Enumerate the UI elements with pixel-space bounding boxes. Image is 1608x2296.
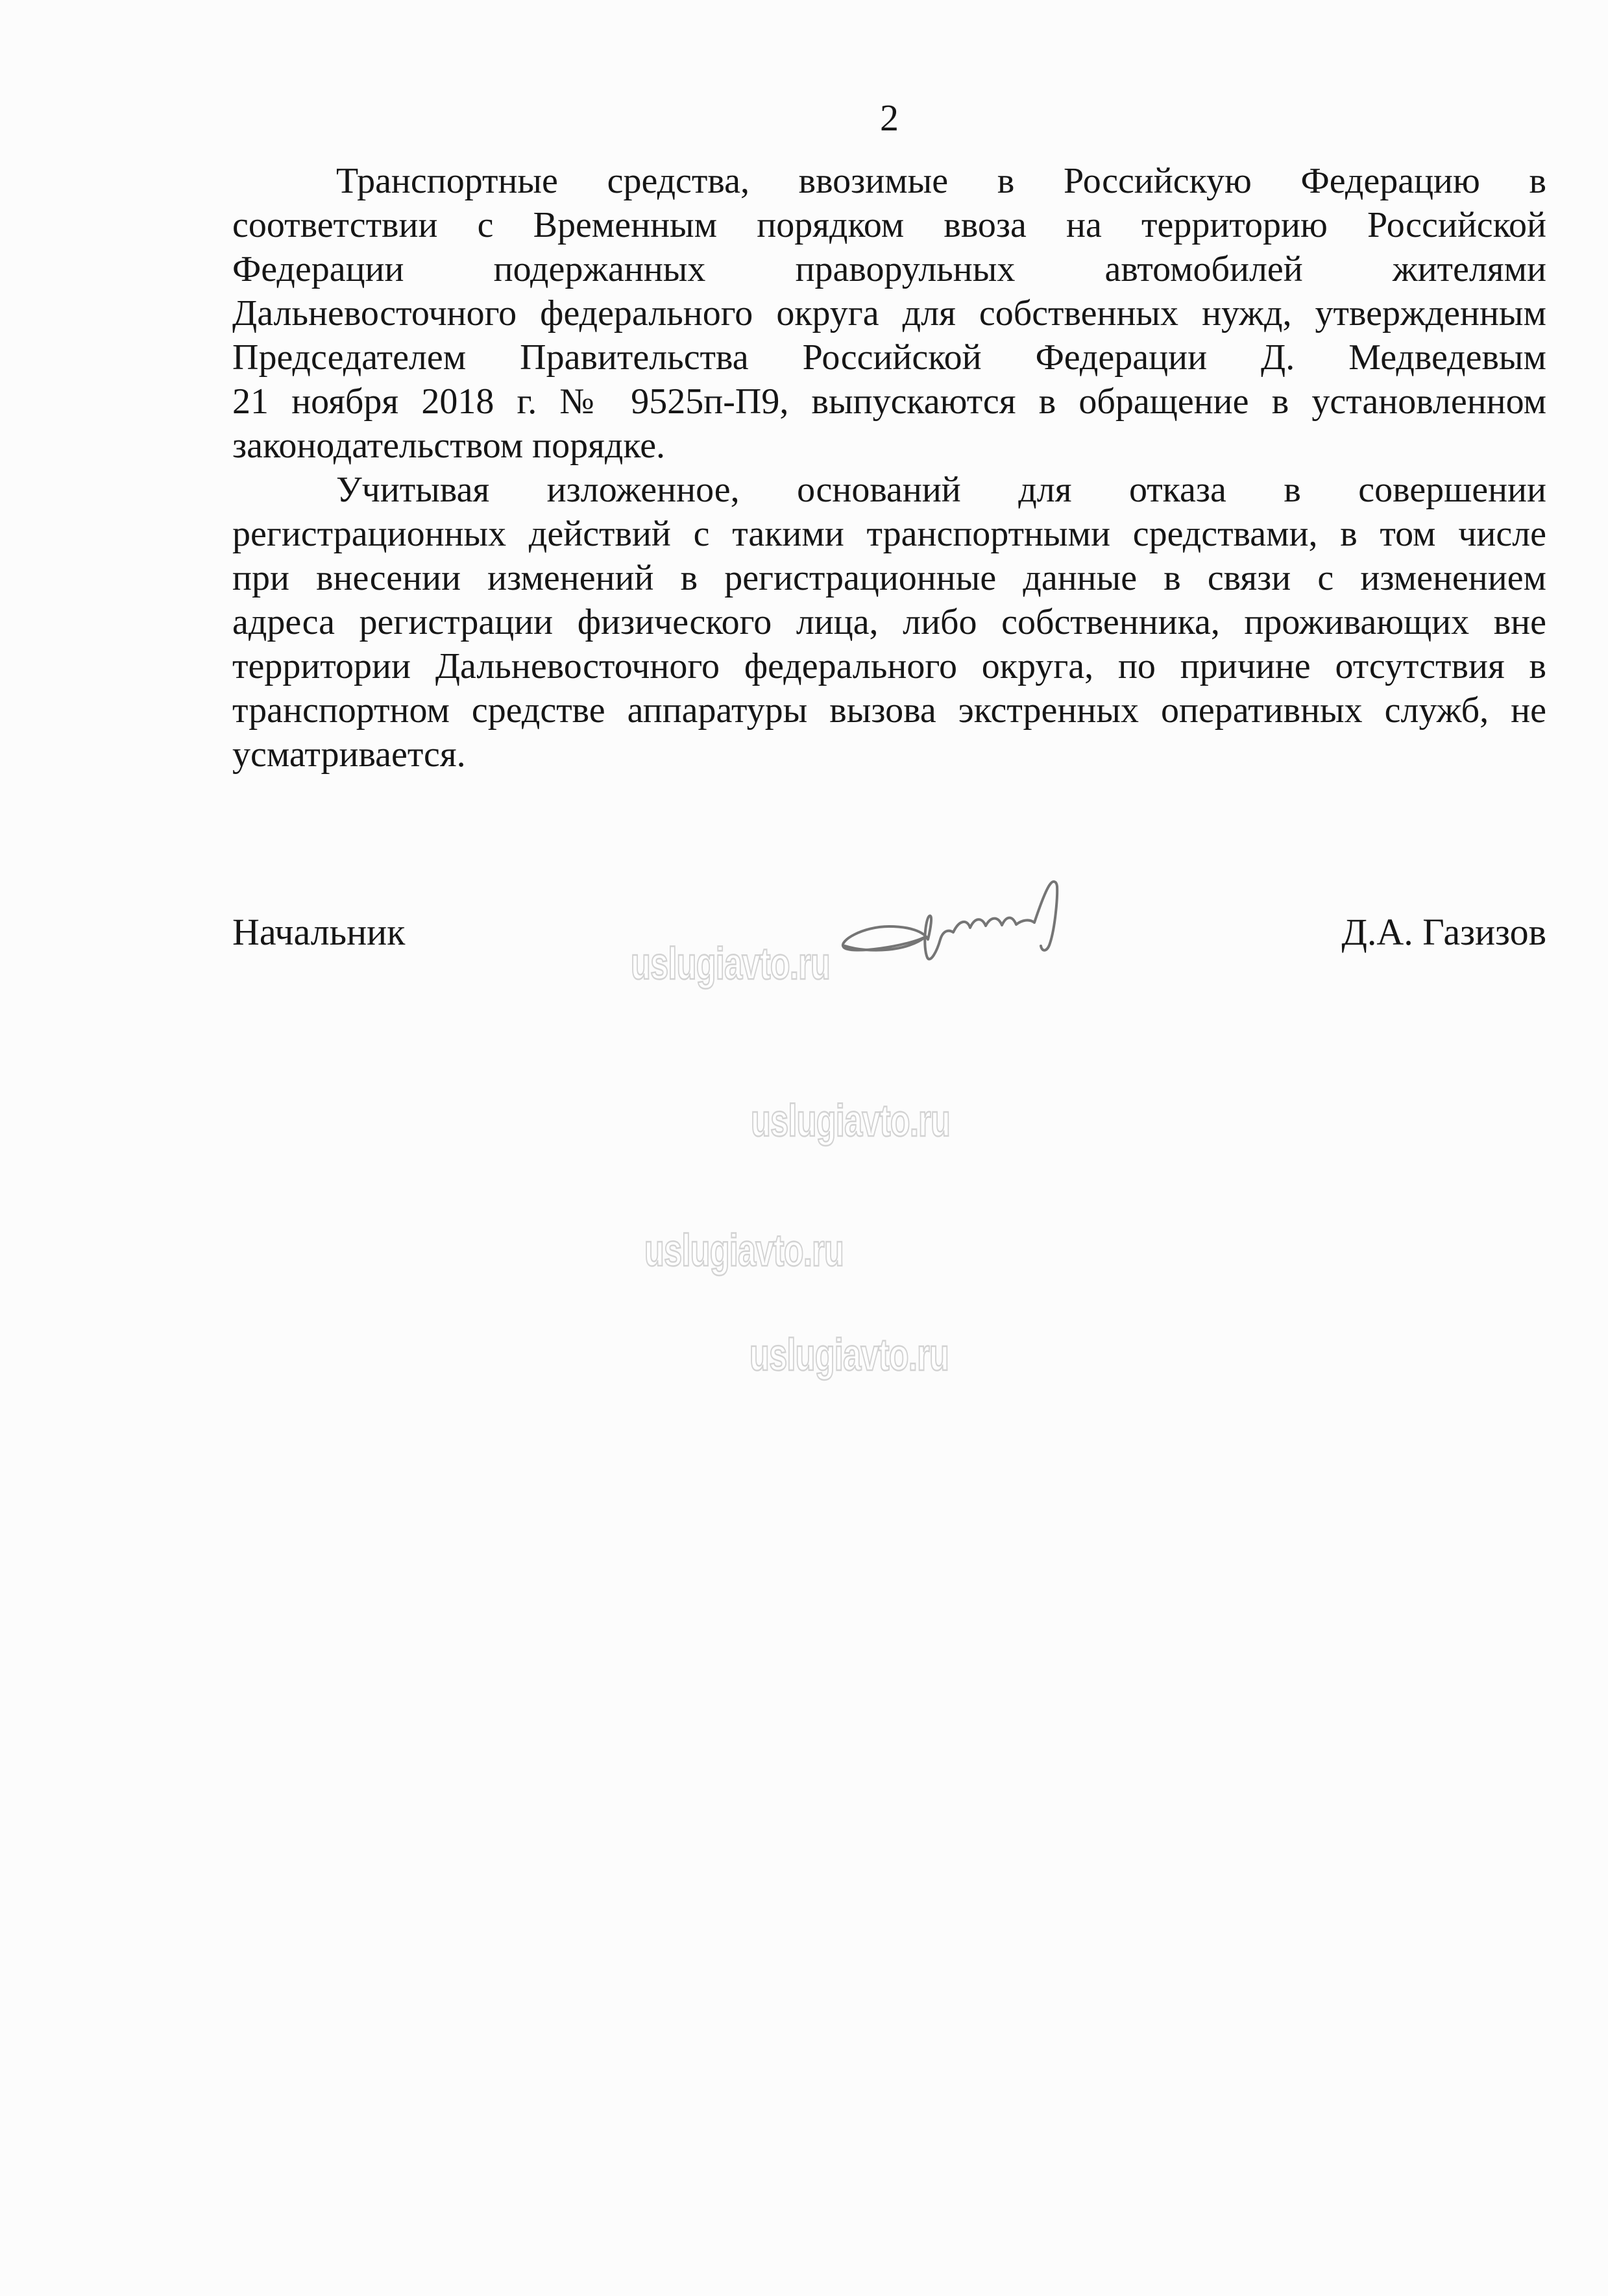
body-line: Федерации подержанных праворульных автом… bbox=[232, 247, 1546, 291]
body-line: 21 ноября 2018 г. № 9525п-П9, выпускаютс… bbox=[232, 380, 1546, 424]
body-line: территории Дальневосточного федерального… bbox=[232, 644, 1546, 688]
paragraph: Транспортные средства, ввозимые в Россий… bbox=[232, 159, 1546, 468]
body-line: транспортном средстве аппаратуры вызова … bbox=[232, 688, 1546, 732]
document-page: 2 Транспортные средства, ввозимые в Росс… bbox=[0, 0, 1608, 2296]
handwritten-signature bbox=[811, 868, 1084, 965]
body-line: при внесении изменений в регистрационные… bbox=[232, 556, 1546, 600]
watermark: uslugiavto.ru bbox=[749, 1335, 949, 1374]
page-number: 2 bbox=[232, 96, 1546, 140]
body-line: Учитывая изложенное, оснований для отказ… bbox=[232, 468, 1546, 512]
signer-position: Начальник bbox=[232, 910, 405, 954]
body-line: законодательством порядке. bbox=[232, 424, 1546, 468]
body-line: адреса регистрации физического лица, либ… bbox=[232, 600, 1546, 644]
paragraph: Учитывая изложенное, оснований для отказ… bbox=[232, 468, 1546, 777]
body-line: усматривается. bbox=[232, 732, 1546, 777]
body-line: соответствии с Временным порядком ввоза … bbox=[232, 203, 1546, 247]
body-line: Дальневосточного федерального округа для… bbox=[232, 291, 1546, 335]
watermark: uslugiavto.ru bbox=[644, 1231, 844, 1270]
body-line: Председателем Правительства Российской Ф… bbox=[232, 335, 1546, 380]
letter-body: Транспортные средства, ввозимые в Россий… bbox=[232, 159, 1546, 777]
watermark: uslugiavto.ru bbox=[751, 1101, 950, 1140]
signer-name: Д.А. Газизов bbox=[1341, 910, 1546, 954]
watermark: uslugiavto.ru bbox=[631, 944, 830, 983]
body-line: Транспортные средства, ввозимые в Россий… bbox=[232, 159, 1546, 203]
body-line: регистрационных действий с такими трансп… bbox=[232, 512, 1546, 556]
